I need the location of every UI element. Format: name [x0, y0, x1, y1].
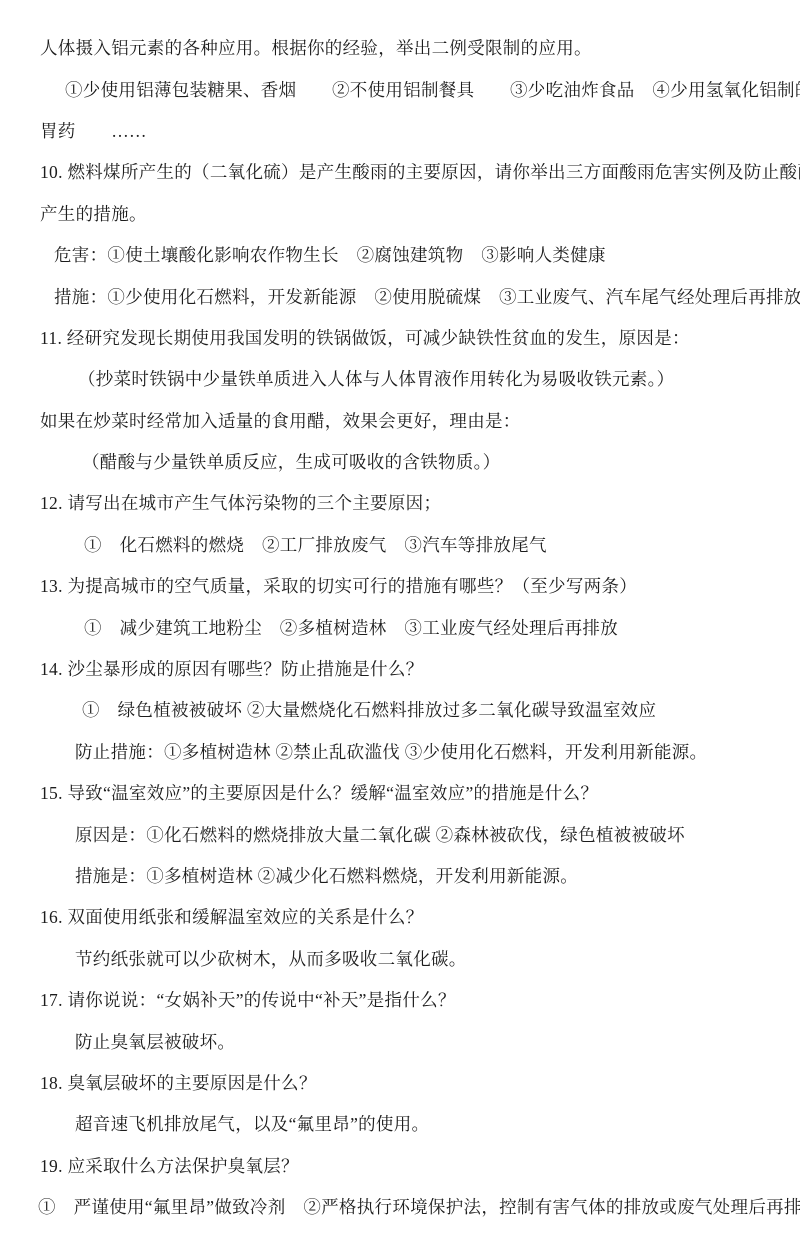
text-line: 措施：①少使用化石燃料，开发新能源 ②使用脱硫煤 ③工业废气、汽车尾气经处理后再… [0, 275, 800, 316]
text-line: 胃药 …… [0, 110, 800, 151]
text-line: ① 严谨使用“氟里昂”做致冷剂 ②严格执行环境保护法，控制有害气体的排放或废气处… [0, 1186, 800, 1227]
text-line: 13. 为提高城市的空气质量，采取的切实可行的措施有哪些？（至少写两条） [0, 565, 800, 606]
text-line: 危害：①使土壤酸化影响农作物生长 ②腐蚀建筑物 ③影响人类健康 [0, 234, 800, 275]
text-line: 16. 双面使用纸张和缓解温室效应的关系是什么？ [0, 896, 800, 937]
text-line: ① 化石燃料的燃烧 ②工厂排放废气 ③汽车等排放尾气 [0, 524, 800, 565]
text-line: ① 绿色植被被破坏 ②大量燃烧化石燃料排放过多二氧化碳导致温室效应 [0, 689, 800, 730]
text-line: 19. 应采取什么方法保护臭氧层？ [0, 1145, 800, 1186]
text-line: （醋酸与少量铁单质反应，生成可吸收的含铁物质。） [0, 441, 800, 482]
text-line: 14. 沙尘暴形成的原因有哪些？防止措施是什么？ [0, 648, 800, 689]
text-line: ①少使用铝薄包装糖果、香烟 ②不使用铝制餐具 ③少吃油炸食品 ④少用氢氧化铝制的 [0, 68, 800, 109]
text-line: 如果在炒菜时经常加入适量的食用醋，效果会更好，理由是： [0, 400, 800, 441]
text-line: 防止臭氧层被破坏。 [0, 1020, 800, 1061]
text-line: 10. 燃料煤所产生的（二氧化硫）是产生酸雨的主要原因，请你举出三方面酸雨危害实… [0, 151, 800, 192]
text-line: 12. 请写出在城市产生气体污染物的三个主要原因； [0, 482, 800, 523]
text-line: 17. 请你说说：“女娲补天”的传说中“补天”是指什么？ [0, 979, 800, 1020]
text-line: 节约纸张就可以少砍树木，从而多吸收二氧化碳。 [0, 938, 800, 979]
text-line: 超音速飞机排放尾气，以及“氟里昂”的使用。 [0, 1103, 800, 1144]
document-page: 人体摄入铝元素的各种应用。根据你的经验，举出二例受限制的应用。 ①少使用铝薄包装… [0, 0, 800, 1247]
text-line: 人体摄入铝元素的各种应用。根据你的经验，举出二例受限制的应用。 [0, 27, 800, 68]
text-line: （抄菜时铁锅中少量铁单质进入人体与人体胃液作用转化为易吸收铁元素。） [0, 358, 800, 399]
text-line: 原因是：①化石燃料的燃烧排放大量二氧化碳 ②森林被砍伐，绿色植被被破坏 [0, 813, 800, 854]
text-line: 18. 臭氧层破坏的主要原因是什么？ [0, 1062, 800, 1103]
text-line: 15. 导致“温室效应”的主要原因是什么？缓解“温室效应”的措施是什么？ [0, 772, 800, 813]
text-line: 措施是：①多植树造林 ②减少化石燃料燃烧，开发利用新能源。 [0, 855, 800, 896]
text-line: ① 减少建筑工地粉尘 ②多植树造林 ③工业废气经处理后再排放 [0, 606, 800, 647]
text-line: 11. 经研究发现长期使用我国发明的铁锅做饭，可减少缺铁性贫血的发生，原因是： [0, 317, 800, 358]
text-line: 产生的措施。 [0, 193, 800, 234]
text-line: 防止措施：①多植树造林 ②禁止乱砍滥伐 ③少使用化石燃料，开发利用新能源。 [0, 731, 800, 772]
